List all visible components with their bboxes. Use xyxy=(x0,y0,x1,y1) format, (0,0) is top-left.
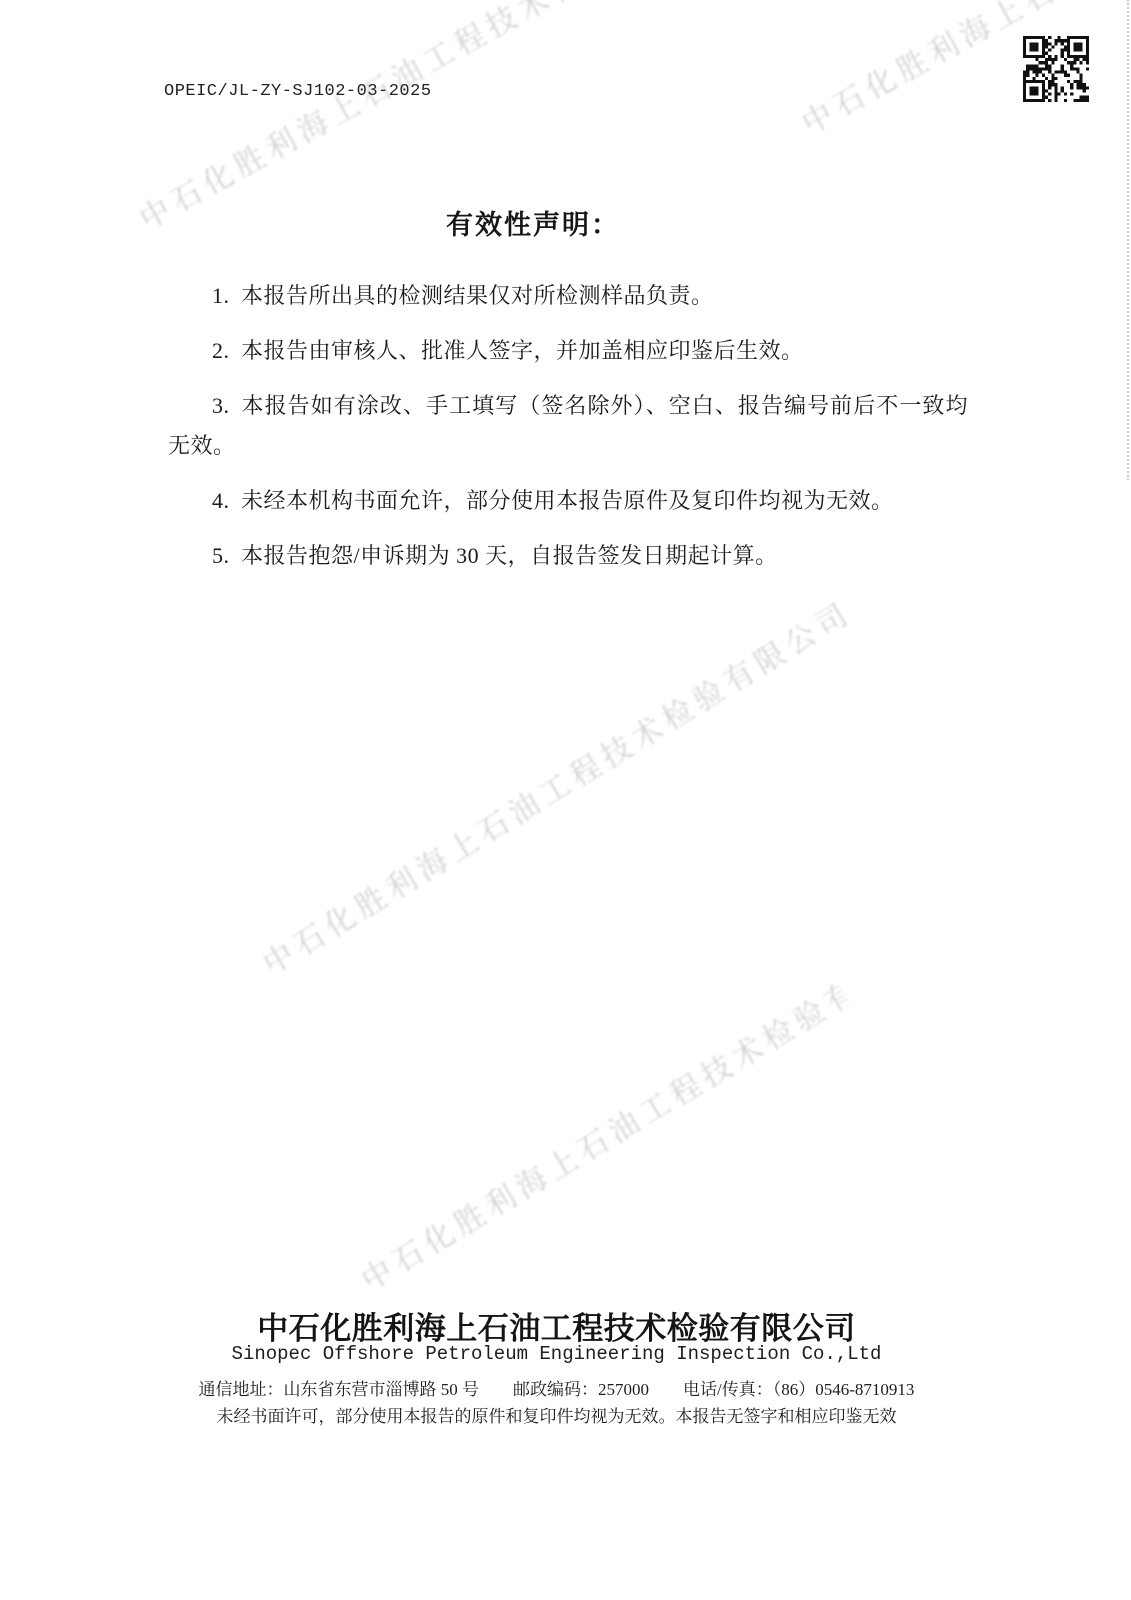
diagonal-watermark: 中石化胜利海上石油工程技术检验有限公司 检测专用 xyxy=(255,583,875,986)
statement-item-1: 1. 本报告所出具的检测结果仅对所检测样品负责。 xyxy=(168,276,968,316)
document-code: OPEIC/JL-ZY-SJ102-03-2025 xyxy=(164,82,432,101)
company-name-en: Sinopec Offshore Petroleum Engineering I… xyxy=(0,1343,1122,1365)
scan-edge-artifact xyxy=(1127,0,1129,480)
page-title: 有效性声明： xyxy=(168,208,898,242)
report-validity-page: 中石化胜利海上石油工程技术检验有限公司 检测专用 中石化胜利海上石油工程技术检验… xyxy=(0,0,1131,1600)
diagonal-watermark: 中石化胜利海上石油工程技术检验有限公司 检测专用 xyxy=(354,977,857,1303)
diagonal-watermark: 中石化胜利海上石油工程技术检验有限公司 检测专用 xyxy=(132,0,678,242)
statement-item-4: 4. 未经本机构书面允许，部分使用本报告原件及复印件均视为无效。 xyxy=(168,481,968,521)
company-contact-line: 通信地址：山东省东营市淄博路 50 号 邮政编码：257000 电话/传真：（8… xyxy=(0,1375,1122,1400)
qr-code-icon xyxy=(1023,35,1089,103)
statement-item-3: 3. 本报告如有涂改、手工填写（签名除外）、空白、报告编号前后不一致均无效。 xyxy=(168,386,968,466)
statement-list: 1. 本报告所出具的检测结果仅对所检测样品负责。 2. 本报告由审核人、批准人签… xyxy=(168,276,968,591)
company-notice-line: 未经书面许可，部分使用本报告的原件和复印件均视为无效。本报告无签字和相应印鉴无效 xyxy=(0,1402,1122,1427)
company-name-cn: 中石化胜利海上石油工程技术检验有限公司 xyxy=(0,1303,1122,1348)
statement-item-2: 2. 本报告由审核人、批准人签字，并加盖相应印鉴后生效。 xyxy=(168,331,968,371)
statement-item-5: 5. 本报告抱怨/申诉期为 30 天，自报告签发日期起计算。 xyxy=(168,536,968,576)
